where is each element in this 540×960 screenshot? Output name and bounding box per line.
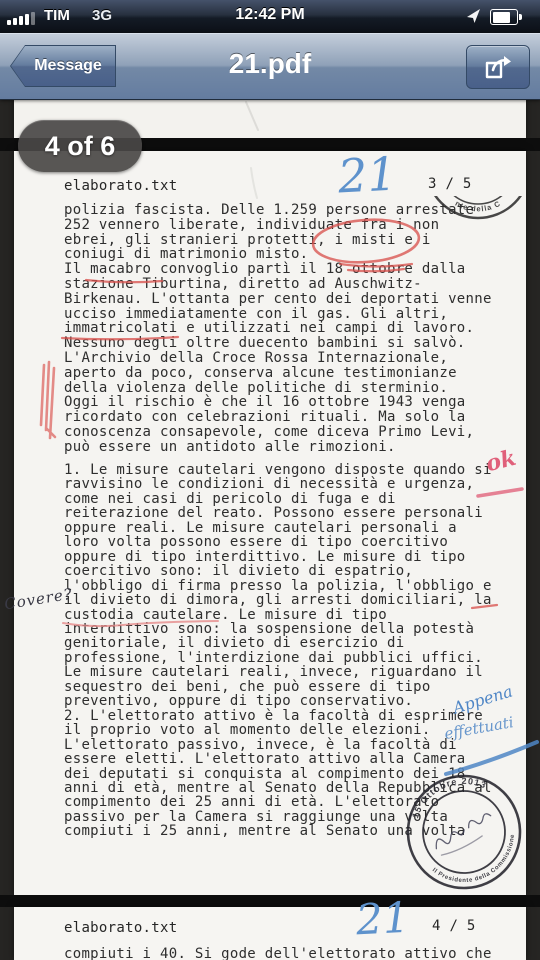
next-page-first-line: compiuti i 40. Si gode dell'elettorato a… — [64, 946, 492, 960]
clock: 12:42 PM — [0, 6, 540, 24]
status-bar: TIM 3G 12:42 PM — [0, 0, 540, 34]
next-doc-page-number: 4 / 5 — [432, 918, 476, 934]
next-handwritten-page-mark: 21 — [355, 893, 411, 945]
doc-filename: elaborato.txt — [64, 178, 177, 194]
pdf-viewport[interactable]: nte della C elaborato.txt 3 / 5 21 poliz… — [0, 0, 540, 960]
page-indicator-badge: 4 of 6 — [18, 120, 142, 172]
doc-paragraph-1: polizia fascista. Delle 1.259 persone ar… — [64, 203, 492, 455]
next-doc-filename: elaborato.txt — [64, 920, 177, 936]
location-arrow-icon — [466, 8, 482, 24]
page-title: 21.pdf — [0, 48, 540, 80]
page-indicator-label: 4 of 6 — [45, 131, 116, 162]
screen: nte della C elaborato.txt 3 / 5 21 poliz… — [0, 0, 540, 960]
nav-bar: Message 21.pdf — [0, 33, 540, 100]
battery-icon — [490, 9, 518, 25]
share-icon — [482, 53, 514, 81]
stamp-signature — [432, 812, 498, 857]
doc-page-number: 3 / 5 — [428, 176, 472, 192]
share-button[interactable] — [466, 45, 530, 89]
handwritten-page-mark: 21 — [337, 147, 398, 204]
